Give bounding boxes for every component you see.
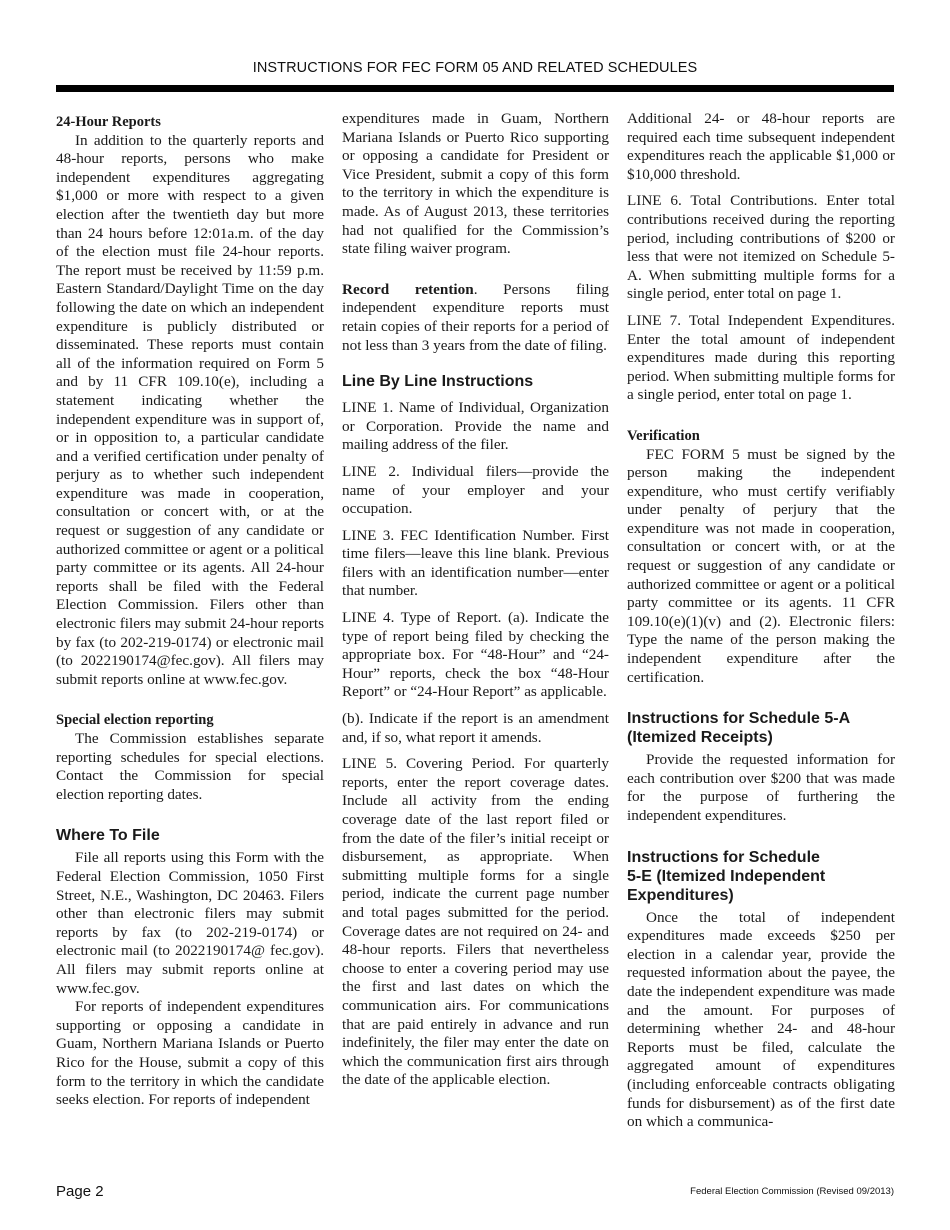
paragraph: File all reports using this Form with th…	[56, 849, 324, 998]
section-where-to-file: Where To File File all reports using thi…	[56, 826, 324, 1109]
section-special-election-reporting: Special election reporting The Commissio…	[56, 711, 324, 804]
section-heading: Instructions for Schedule 5-A (Itemized …	[627, 709, 895, 747]
column-3: Additional 24- or 48-hour reports are re…	[627, 110, 895, 1132]
paragraph: For reports of independent expenditures …	[56, 998, 324, 1110]
paragraph: Once the total of independent expenditur…	[627, 909, 895, 1132]
paragraph: Provide the requested information for ea…	[627, 751, 895, 825]
line-2-instruction: LINE 2. Individual filers—provide the na…	[342, 463, 609, 519]
section-24-hour-reports: 24-Hour Reports In addition to the quart…	[56, 113, 324, 689]
section-heading: Verification	[627, 427, 895, 446]
heading-line: Instructions for Schedule 5-A	[627, 710, 850, 727]
publisher-revision: Federal Election Commission (Revised 09/…	[690, 1186, 894, 1197]
section-heading: Where To File	[56, 826, 324, 845]
line-5-instruction: LINE 5. Covering Period. For quarterly r…	[342, 755, 609, 1090]
column-2: expenditures made in Guam, Northern Mari…	[342, 110, 609, 1090]
line-3-instruction: LINE 3. FEC Identification Number. First…	[342, 527, 609, 601]
line-6-instruction: LINE 6. Total Contributions. Enter total…	[627, 192, 895, 304]
heading-line: Instructions for Schedule	[627, 849, 820, 866]
record-retention-paragraph: Record retention. Persons filing indepen…	[342, 281, 609, 355]
paragraph: The Commission establishes separate repo…	[56, 730, 324, 804]
line-4a-instruction: LINE 4. Type of Report. (a). Indicate th…	[342, 609, 609, 702]
heading-line: Expenditures)	[627, 887, 734, 904]
section-heading: 24-Hour Reports	[56, 113, 324, 132]
section-schedule-5e: Instructions for Schedule 5-E (Itemized …	[627, 848, 895, 1132]
paragraph: Additional 24- or 48-hour reports are re…	[627, 110, 895, 184]
heading-line: 5-E (Itemized Independent	[627, 868, 825, 885]
section-heading: Line By Line Instructions	[342, 372, 609, 391]
heading-line: (Itemized Receipts)	[627, 729, 773, 746]
paragraph: In addition to the quarterly reports and…	[56, 132, 324, 690]
page-header-title: INSTRUCTIONS FOR FEC FORM 05 AND RELATED…	[0, 60, 950, 76]
section-heading: Special election reporting	[56, 711, 324, 730]
column-1: 24-Hour Reports In addition to the quart…	[56, 113, 324, 1110]
line-4b-instruction: (b). Indicate if the report is an amendm…	[342, 710, 609, 747]
section-schedule-5a: Instructions for Schedule 5-A (Itemized …	[627, 709, 895, 825]
inline-heading: Record retention	[342, 281, 474, 298]
paragraph: expenditures made in Guam, Northern Mari…	[342, 110, 609, 259]
line-1-instruction: LINE 1. Name of Individual, Organization…	[342, 399, 609, 455]
section-verification: Verification FEC FORM 5 must be signed b…	[627, 427, 895, 687]
header-rule-divider	[56, 85, 894, 92]
section-heading: Instructions for Schedule 5-E (Itemized …	[627, 848, 895, 905]
line-7-instruction: LINE 7. Total Independent Expenditures. …	[627, 312, 895, 405]
paragraph: FEC FORM 5 must be signed by the person …	[627, 446, 895, 688]
page-number: Page 2	[56, 1183, 104, 1200]
